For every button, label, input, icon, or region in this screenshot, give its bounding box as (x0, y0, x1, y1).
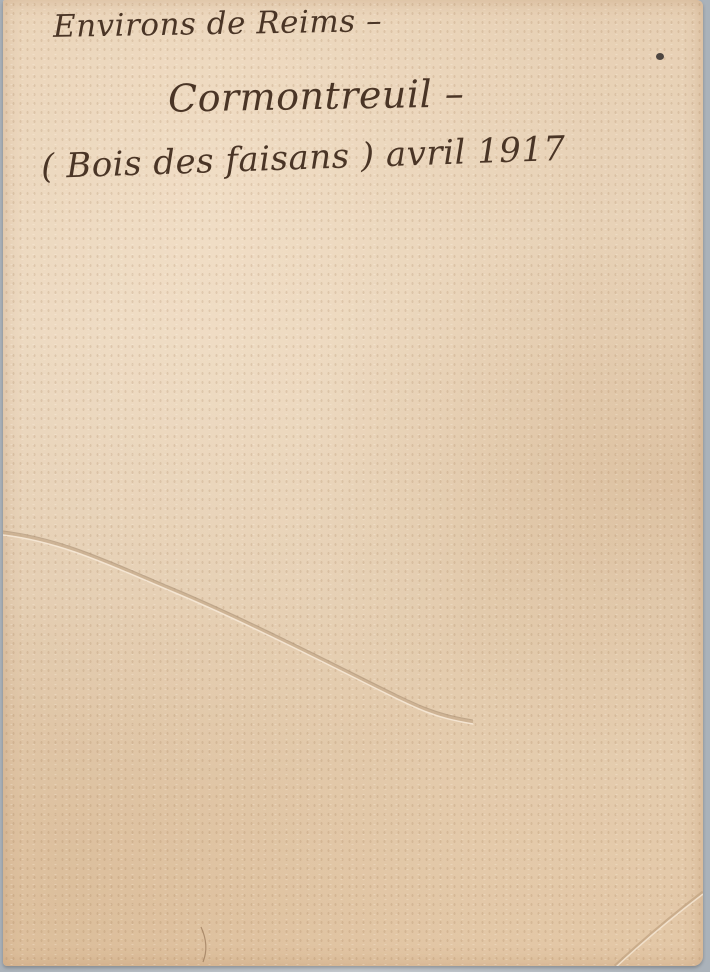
photo-card-back: Environs de Reims – Cormontreuil – ( Boi… (3, 0, 703, 966)
handwritten-line-place-date: ( Bois des faisans ) avril 1917 (40, 129, 566, 187)
ink-spot (656, 53, 664, 60)
handwritten-line-location: Environs de Reims – (53, 3, 383, 45)
handwritten-line-village: Cormontreuil – (168, 71, 465, 120)
